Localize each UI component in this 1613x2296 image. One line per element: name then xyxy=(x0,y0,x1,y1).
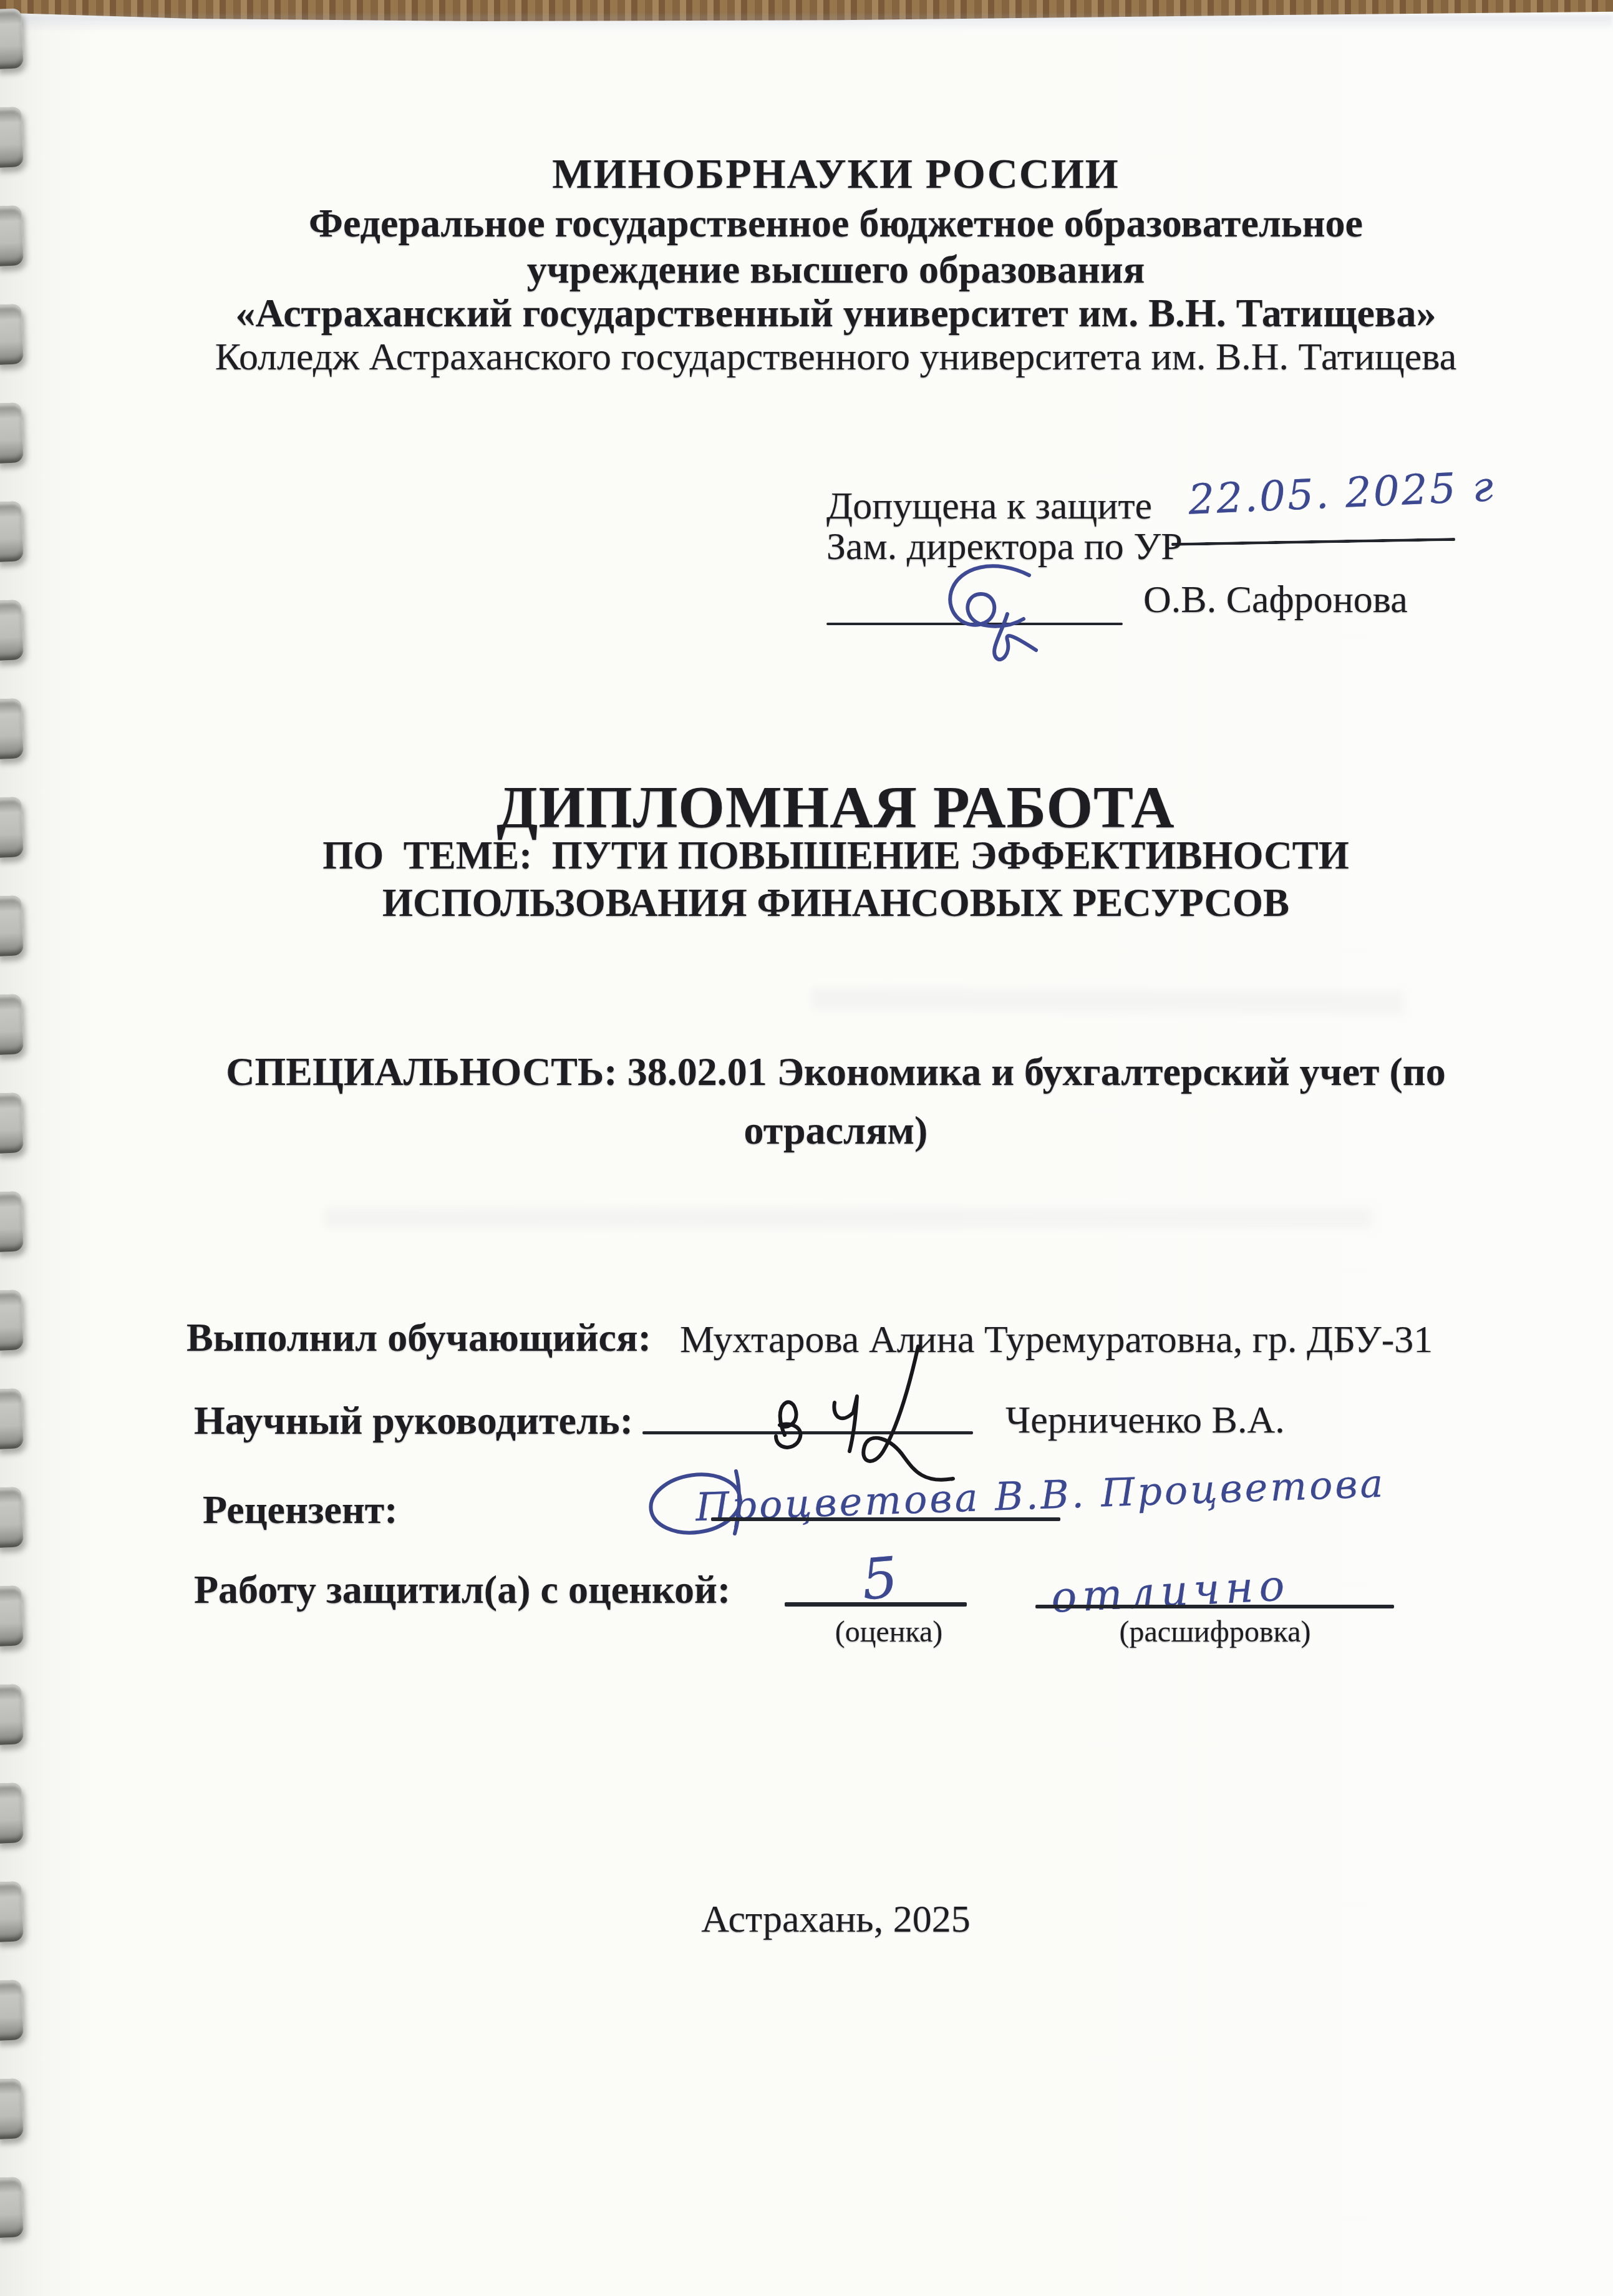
binding-comb xyxy=(0,994,24,1055)
scan-haze xyxy=(0,15,1613,31)
grade-word-line xyxy=(1035,1605,1394,1608)
binding-comb xyxy=(0,1881,24,1942)
city-year: Астрахань, 2025 xyxy=(56,1900,1613,1938)
deputy-director-signature-icon xyxy=(908,557,1095,666)
supervisor-name: Черниченко В.А. xyxy=(1005,1401,1285,1439)
admission-label: Допущена к защите xyxy=(826,487,1152,525)
institution-line-2: учреждение высшего образования xyxy=(56,250,1613,289)
binding-comb xyxy=(0,205,24,266)
binding-comb xyxy=(0,797,24,858)
binding-comb xyxy=(0,698,24,759)
binding-comb xyxy=(0,2078,24,2139)
word-caption: (расшифровка) xyxy=(1097,1617,1334,1647)
binding-comb xyxy=(0,600,24,661)
binding-comb xyxy=(0,1290,24,1351)
institution-line-1: Федеральное государственное бюджетное об… xyxy=(56,203,1613,243)
scanned-title-page: МИНОБРНАУКИ РОССИИ Федеральное государст… xyxy=(0,0,1613,2296)
specialty-line-1: СПЕЦИАЛЬНОСТЬ: 38.02.01 Экономика и бухг… xyxy=(56,1052,1613,1092)
binding-comb xyxy=(0,1092,24,1154)
reviewer-signature-line xyxy=(711,1517,1060,1521)
deputy-director-name: О.В. Сафронова xyxy=(1143,580,1408,619)
supervisor-signature-icon xyxy=(755,1341,992,1494)
grade-value-handwritten: 5 xyxy=(860,1550,900,1609)
binding-comb xyxy=(0,895,24,956)
grade-word-handwritten: отлично xyxy=(1050,1565,1291,1620)
ministry-line: МИНОБРНАУКИ РОССИИ xyxy=(56,152,1613,195)
show-through-smudge xyxy=(324,1207,1372,1228)
binding-comb xyxy=(0,402,24,464)
work-type-title: ДИПЛОМНАЯ РАБОТА xyxy=(56,777,1613,837)
binding-comb xyxy=(0,1191,24,1252)
binding-comb xyxy=(0,1980,24,2041)
university-line: «Астраханский государственный университе… xyxy=(56,293,1613,333)
binding-comb xyxy=(0,1783,24,1844)
binding-comb xyxy=(0,501,24,562)
binding-comb xyxy=(0,1388,24,1449)
student-label: Выполнил обучающийся: xyxy=(186,1318,651,1358)
binding-comb xyxy=(0,1585,24,1647)
supervisor-label: Научный руководитель: xyxy=(194,1401,633,1441)
binding-comb xyxy=(0,2177,24,2238)
specialty-line-2: отраслям) xyxy=(56,1111,1613,1150)
admission-date-handwritten: 22.05. 2025 г xyxy=(1188,466,1496,520)
binding-comb xyxy=(0,304,24,365)
grade-line xyxy=(785,1602,967,1607)
theme-line-2: ИСПОЛЬЗОВАНИЯ ФИНАНСОВЫХ РЕСУРСОВ xyxy=(56,883,1613,923)
show-through-smudge xyxy=(811,987,1403,1015)
binding-comb xyxy=(0,8,24,69)
grade-caption: (оценка) xyxy=(805,1617,973,1647)
reviewer-label: Рецензент: xyxy=(203,1490,398,1530)
college-line: Колледж Астраханского государственного у… xyxy=(56,338,1613,376)
binding-comb xyxy=(0,1487,24,1548)
binding-comb xyxy=(0,1684,24,1745)
admission-date-line xyxy=(1171,538,1455,546)
binding-comb xyxy=(0,107,24,168)
theme-line-1: ПО ТЕМЕ: ПУТИ ПОВЫШЕНИЕ ЭФФЕКТИВНОСТИ xyxy=(56,836,1613,875)
grade-label: Работу защитил(а) с оценкой: xyxy=(194,1570,730,1610)
